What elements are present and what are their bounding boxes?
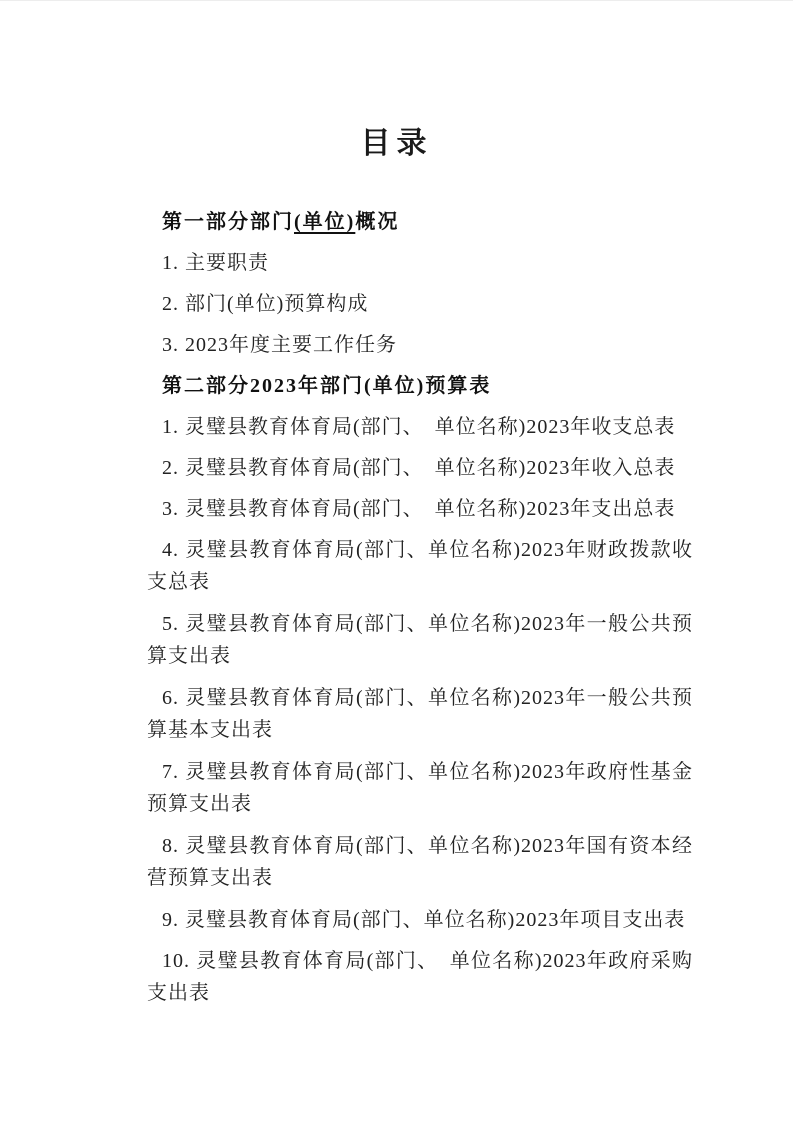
toc-item-s2-10: 10. 灵璧县教育体育局(部门、 单位名称)2023年政府采购支出表 [147,945,693,1009]
toc-item-s2-2: 2. 灵璧县教育体育局(部门、 单位名称)2023年收入总表 [147,452,693,484]
section-2-heading: 第二部分2023年部门(单位)预算表 [147,370,693,402]
section-1-heading-post: 概况 [355,211,399,233]
toc-item-s2-1: 1. 灵璧县教育体育局(部门、 单位名称)2023年收支总表 [147,411,693,443]
section-1-heading-pre: 第一部分部门 [162,211,294,233]
toc-item-s2-5: 5. 灵璧县教育体育局(部门、单位名称)2023年一般公共预算支出表 [147,608,693,672]
toc-item-s2-9: 9. 灵璧县教育体育局(部门、单位名称)2023年项目支出表 [147,904,693,936]
toc-item-s2-8: 8. 灵璧县教育体育局(部门、单位名称)2023年国有资本经营预算支出表 [147,830,693,894]
toc-item-s1-3: 3. 2023年度主要工作任务 [147,329,693,361]
toc-item-s1-2: 2. 部门(单位)预算构成 [147,288,693,320]
section-2-heading-pre: 第二部分2023年部门(单位)预算表 [162,375,491,397]
section-1-heading-underlined: (单位) [294,211,355,233]
toc-content: 第一部分部门(单位)概况 1. 主要职责 2. 部门(单位)预算构成 3. 20… [147,206,693,1019]
toc-item-s2-7: 7. 灵璧县教育体育局(部门、单位名称)2023年政府性基金预算支出表 [147,756,693,820]
document-page: 目录 第一部分部门(单位)概况 1. 主要职责 2. 部门(单位)预算构成 3.… [0,0,793,1122]
section-1-heading: 第一部分部门(单位)概况 [147,206,693,238]
toc-item-s2-3: 3. 灵璧县教育体育局(部门、 单位名称)2023年支出总表 [147,493,693,525]
toc-item-s2-4: 4. 灵璧县教育体育局(部门、单位名称)2023年财政拨款收支总表 [147,534,693,598]
toc-item-s1-1: 1. 主要职责 [147,247,693,279]
document-title: 目录 [0,125,793,163]
toc-item-s2-6: 6. 灵璧县教育体育局(部门、单位名称)2023年一般公共预算基本支出表 [147,682,693,746]
